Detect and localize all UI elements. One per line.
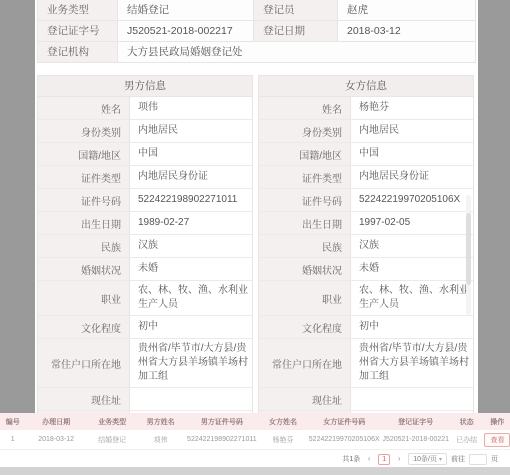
field-value: 52242219970205106X [351, 189, 473, 211]
field-label: 职业 [259, 281, 351, 315]
reg-date-value: 2018-03-12 [338, 21, 476, 42]
table-row: 文化程度初中 [259, 316, 473, 339]
reg-date-label: 登记日期 [254, 21, 338, 42]
field-label: 身份类别 [38, 120, 130, 142]
field-value: 汉族 [351, 235, 473, 257]
field-label: 证件号码 [259, 189, 351, 211]
field-label: 姓名 [38, 97, 130, 119]
field-label: 民族 [259, 235, 351, 257]
field-value: 汉族 [130, 235, 252, 257]
table-row: 民族汉族 [38, 235, 252, 258]
table-row: 证件类型内地居民身份证 [38, 166, 252, 189]
column-header: 办理日期 [26, 417, 87, 427]
female-info-table: 女方信息 姓名杨艳芬 身份类别内地居民 国籍/地区中国 证件类型内地居民身份证 … [258, 75, 474, 434]
record-actions: 查看 [484, 433, 510, 447]
business-type-label: 业务类型 [38, 0, 118, 21]
table-row: 国籍/地区中国 [38, 143, 252, 166]
column-header: 状态 [449, 417, 485, 427]
column-header: 业务类型 [87, 417, 138, 427]
field-value: 内地居民 [130, 120, 252, 142]
field-value: 农、林、牧、渔、水利业生产人员 [130, 281, 252, 315]
field-value: 初中 [130, 316, 252, 338]
field-label: 常住户口所在地 [38, 339, 130, 387]
column-header: 登记证字号 [382, 417, 448, 427]
field-label: 证件类型 [259, 166, 351, 188]
field-value: 522422198902271011 [130, 189, 252, 211]
scrollbar-thumb[interactable] [466, 213, 471, 285]
table-row: 证件类型内地居民身份证 [259, 166, 473, 189]
field-label: 国籍/地区 [38, 143, 130, 165]
field-label: 现住址 [259, 388, 351, 410]
record-date: 2018-03-12 [26, 436, 87, 443]
field-value [351, 388, 473, 410]
field-label: 职业 [38, 281, 130, 315]
record-no: 1 [0, 436, 26, 443]
table-row: 文化程度初中 [38, 316, 252, 339]
chevron-right-icon: › [398, 454, 401, 463]
table-row: 民族汉族 [259, 235, 473, 258]
panel-scrollbar[interactable] [466, 195, 471, 315]
field-label: 证件号码 [38, 189, 130, 211]
agency-label: 登记机构 [38, 42, 118, 63]
field-label: 出生日期 [259, 212, 351, 234]
table-row: 现住址 [38, 388, 252, 411]
table-row: 国籍/地区中国 [259, 143, 473, 166]
table-row: 职业农、林、牧、渔、水利业生产人员 [38, 281, 252, 316]
field-label: 婚姻状况 [38, 258, 130, 280]
table-row: 婚姻状况未婚 [259, 258, 473, 281]
page-size-select[interactable]: 10条/页 ▾ [408, 453, 447, 465]
table-row: 姓名杨艳芬 [259, 97, 473, 120]
field-label: 现住址 [38, 388, 130, 410]
record-cert-no: J520521-2018-002217 [382, 436, 448, 443]
pagination-total: 共1条 [342, 454, 360, 464]
chevron-left-icon: ‹ [368, 454, 371, 463]
field-label: 常住户口所在地 [259, 339, 351, 387]
registration-detail-panel: 业务类型 结婚登记 登记员 赵虎 登记证字号 J520521-2018-0022… [35, 0, 478, 413]
table-row: 证件号码52242219970205106X [259, 189, 473, 212]
table-row: 身份类别内地居民 [38, 120, 252, 143]
table-row: 职业农、林、牧、渔、水利业生产人员 [259, 281, 473, 316]
field-value: 贵州省/毕节市/大方县/贵州省大方县羊场镇羊场村加工组 [351, 339, 473, 387]
field-label: 国籍/地区 [259, 143, 351, 165]
registration-info-table: 业务类型 结婚登记 登记员 赵虎 登记证字号 J520521-2018-0022… [37, 0, 476, 63]
goto-page-input[interactable] [469, 454, 487, 465]
field-value: 1997-02-05 [351, 212, 473, 234]
status-badge: 已办结 [449, 435, 485, 445]
page-number-button[interactable]: 1 [378, 454, 390, 465]
male-info-table: 男方信息 姓名项伟 身份类别内地居民 国籍/地区中国 证件类型内地居民身份证 证… [37, 75, 253, 434]
registrar-value: 赵虎 [338, 0, 476, 21]
column-header: 女方姓名 [260, 417, 306, 427]
field-label: 民族 [38, 235, 130, 257]
view-button[interactable]: 查看 [484, 433, 510, 447]
column-header: 操作 [484, 417, 510, 427]
field-value: 初中 [351, 316, 473, 338]
registrar-label: 登记员 [254, 0, 338, 21]
goto-label: 前往 [451, 454, 465, 464]
table-row: 婚姻状况未婚 [38, 258, 252, 281]
field-value: 中国 [351, 143, 473, 165]
field-value: 内地居民 [351, 120, 473, 142]
record-type: 结婚登记 [87, 435, 138, 445]
table-row: 姓名项伟 [38, 97, 252, 120]
female-info-title: 女方信息 [259, 76, 473, 97]
field-value: 杨艳芬 [351, 97, 473, 119]
table-row: 现住址 [259, 388, 473, 411]
field-value: 贵州省/毕节市/大方县/贵州省大方县羊场镇羊场村加工组 [130, 339, 252, 387]
next-page-button[interactable]: › [394, 454, 404, 465]
field-value: 未婚 [351, 258, 473, 280]
record-male-id: 522422198902271011 [184, 436, 261, 443]
agency-value: 大方县民政局婚姻登记处 [118, 42, 476, 63]
records-header-row: 编号 办理日期 业务类型 男方姓名 男方证件号码 女方姓名 女方证件号码 登记证… [0, 413, 510, 430]
field-label: 婚姻状况 [259, 258, 351, 280]
business-type-value: 结婚登记 [118, 0, 254, 21]
cert-no-value: J520521-2018-002217 [118, 21, 254, 42]
table-row: 1 2018-03-12 结婚登记 项伟 522422198902271011 … [0, 430, 510, 450]
field-value: 项伟 [130, 97, 252, 119]
field-value: 1989-02-27 [130, 212, 252, 234]
column-header: 女方证件号码 [306, 417, 383, 427]
pagination: 共1条 ‹ 1 › 10条/页 ▾ 前往 页 [0, 450, 510, 465]
field-label: 文化程度 [38, 316, 130, 338]
field-value: 内地居民身份证 [130, 166, 252, 188]
column-header: 男方姓名 [138, 417, 184, 427]
record-female-id: 52242219970205106X [306, 436, 383, 443]
table-row: 证件号码522422198902271011 [38, 189, 252, 212]
table-row: 身份类别内地居民 [259, 120, 473, 143]
field-value [130, 388, 252, 410]
table-row: 出生日期1989-02-27 [38, 212, 252, 235]
person-tables: 男方信息 姓名项伟 身份类别内地居民 国籍/地区中国 证件类型内地居民身份证 证… [37, 75, 476, 434]
record-male-name: 项伟 [138, 435, 184, 445]
page-unit-label: 页 [491, 454, 498, 464]
field-value: 农、林、牧、渔、水利业生产人员 [351, 281, 473, 315]
column-header: 男方证件号码 [184, 417, 261, 427]
field-label: 证件类型 [38, 166, 130, 188]
table-row: 常住户口所在地贵州省/毕节市/大方县/贵州省大方县羊场镇羊场村加工组 [259, 339, 473, 388]
page-size-value: 10条/页 [413, 454, 437, 464]
column-header: 编号 [0, 417, 26, 427]
prev-page-button[interactable]: ‹ [364, 454, 374, 465]
male-info-title: 男方信息 [38, 76, 252, 97]
table-row: 出生日期1997-02-05 [259, 212, 473, 235]
table-row: 常住户口所在地贵州省/毕节市/大方县/贵州省大方县羊场镇羊场村加工组 [38, 339, 252, 388]
field-value: 未婚 [130, 258, 252, 280]
field-label: 身份类别 [259, 120, 351, 142]
field-value: 中国 [130, 143, 252, 165]
record-female-name: 杨艳芬 [260, 435, 306, 445]
field-label: 出生日期 [38, 212, 130, 234]
field-label: 文化程度 [259, 316, 351, 338]
cert-no-label: 登记证字号 [38, 21, 118, 42]
records-section: 编号 办理日期 业务类型 男方姓名 男方证件号码 女方姓名 女方证件号码 登记证… [0, 413, 510, 475]
field-label: 姓名 [259, 97, 351, 119]
bottom-strip [0, 467, 510, 475]
chevron-down-icon: ▾ [439, 456, 442, 463]
field-value: 内地居民身份证 [351, 166, 473, 188]
